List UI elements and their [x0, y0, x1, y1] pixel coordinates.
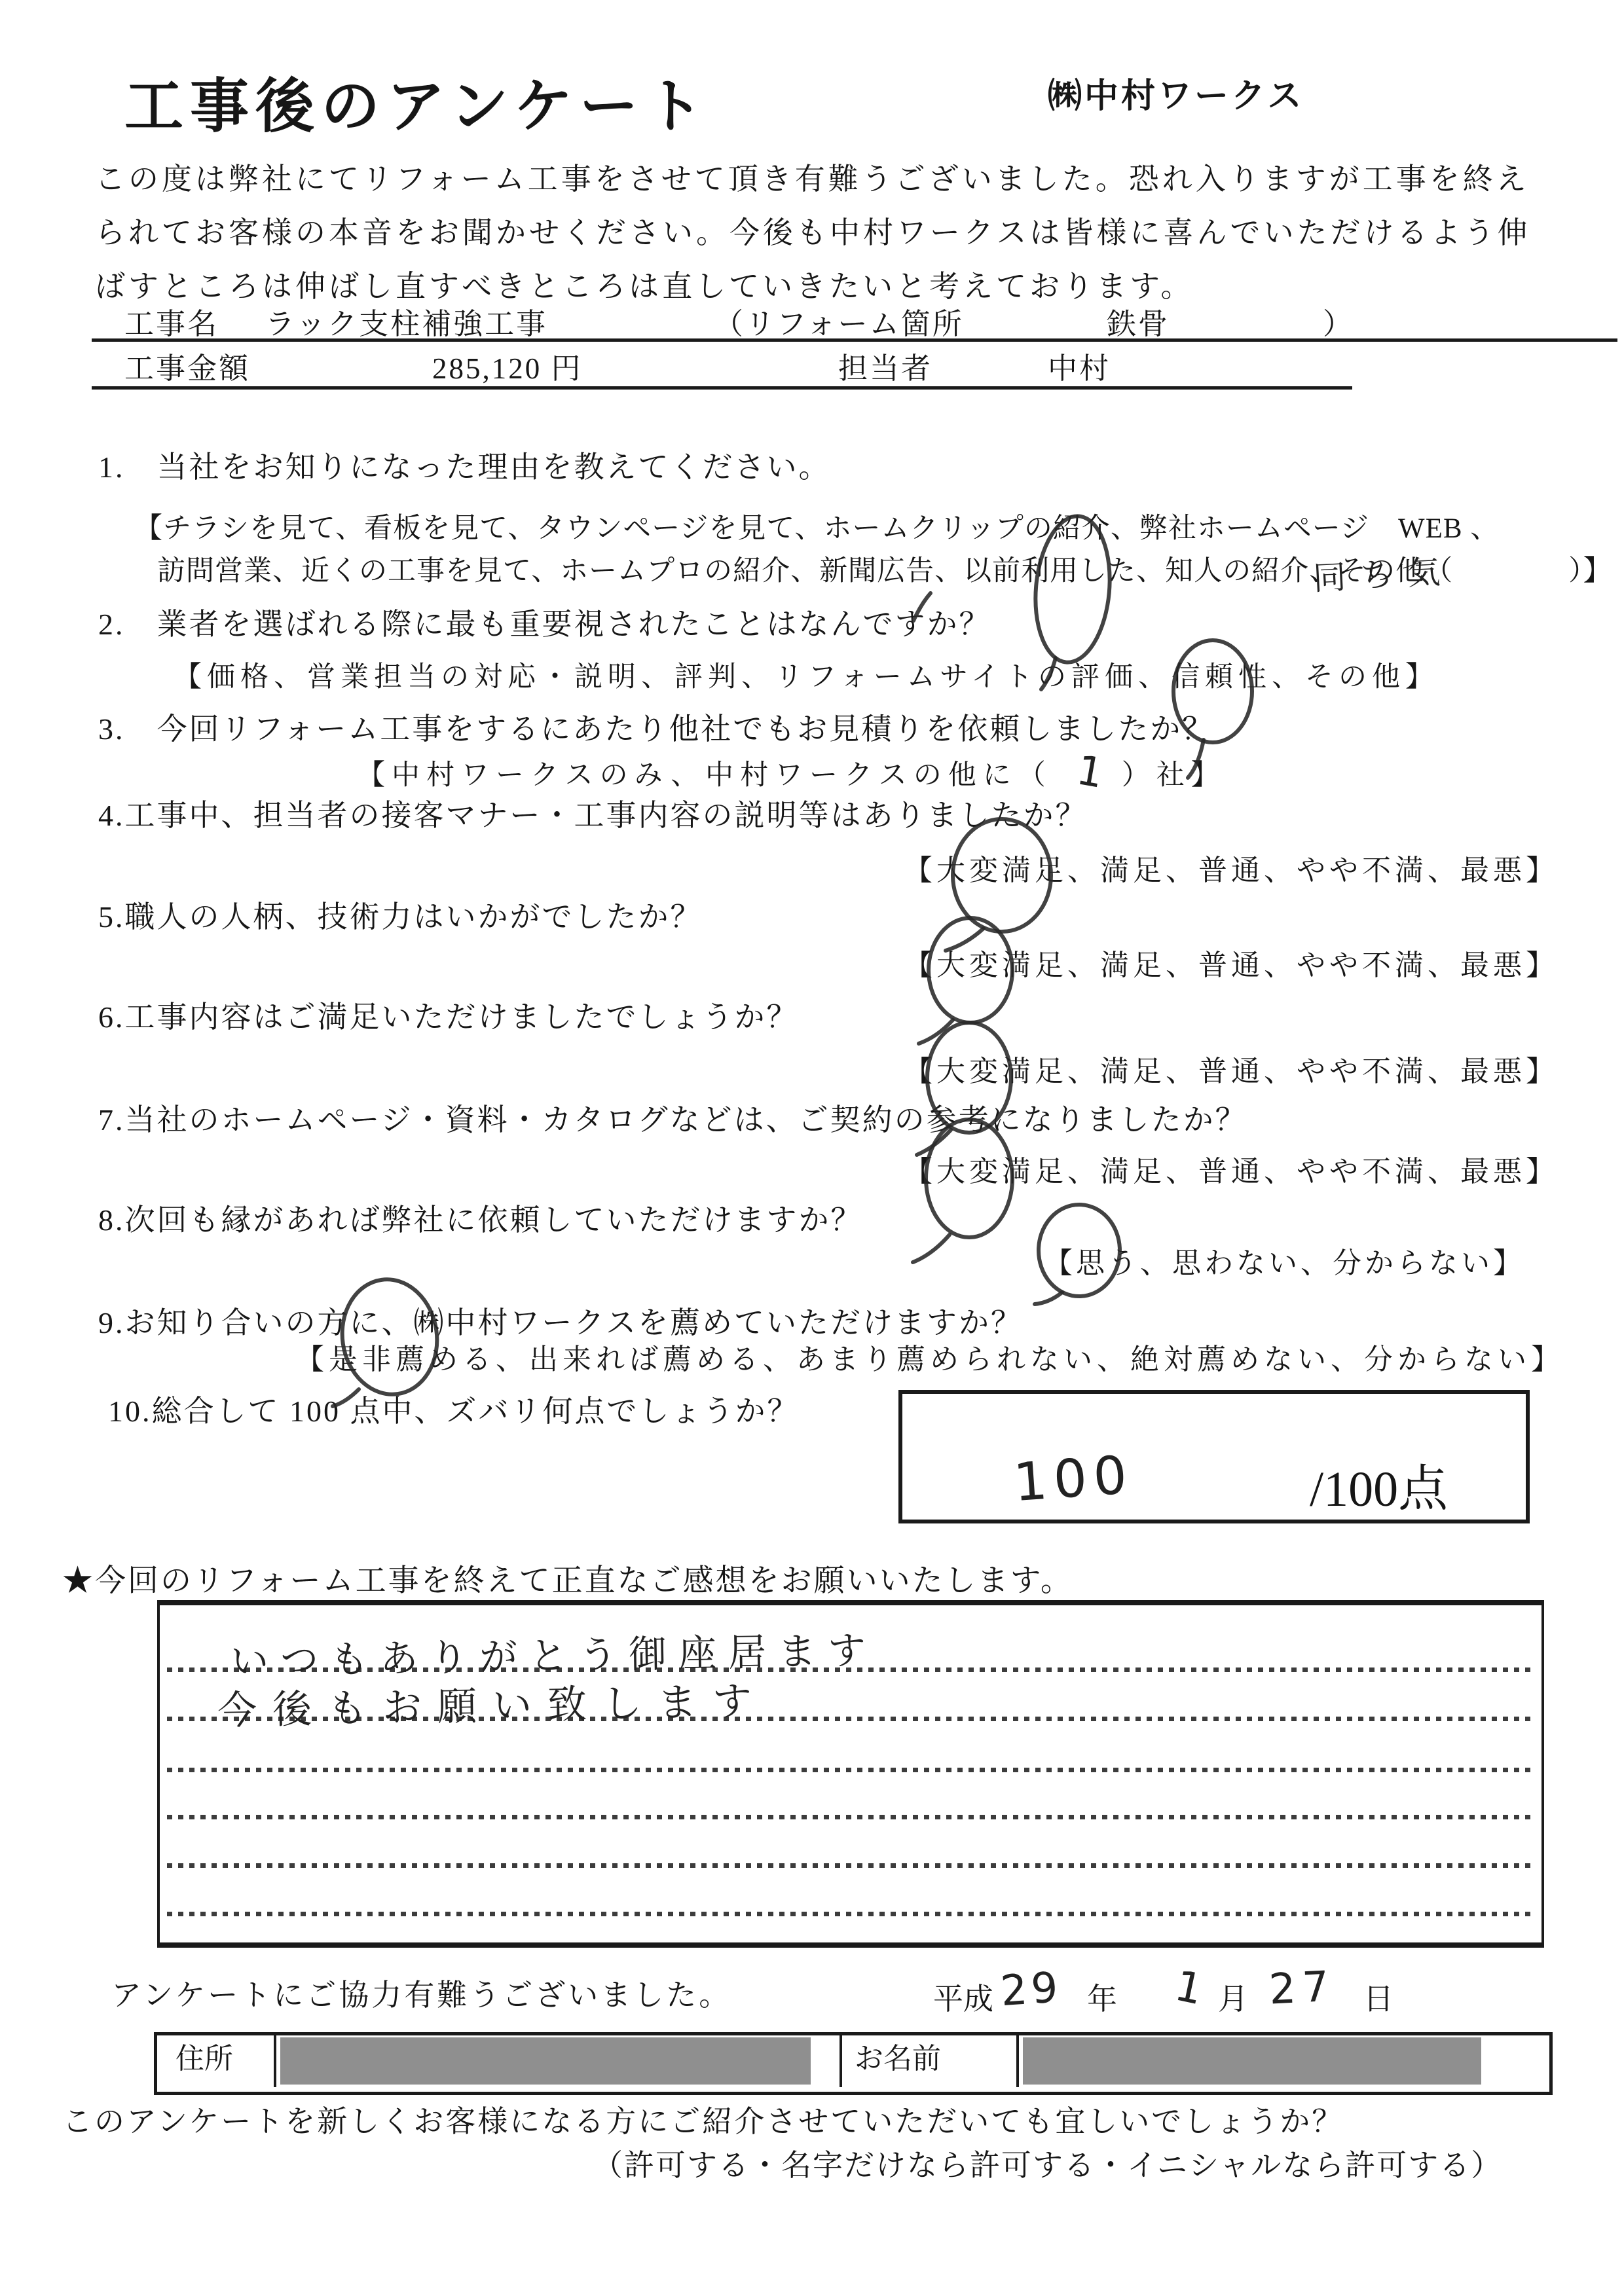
intro-line: ばすところは伸ばし直すべきところは直していきたいと考えております。 [95, 270, 1194, 304]
company-name: ㈱中村ワークス [1048, 77, 1304, 117]
question-8-options: 【思う、思わない、分からない】 [1044, 1247, 1525, 1281]
project-name-value: ラック支柱補強工事 [265, 308, 547, 342]
divider [92, 338, 1617, 342]
project-amount-value: 285,120 円 [432, 352, 583, 386]
question-1-options-line1: 【チラシを見て、看板を見て、タウンページを見て、ホームクリップの紹介、弊社ホーム… [134, 513, 1499, 545]
question-2-options: 【価格、営業担当の対応・説明、評判、リフォームサイトの評価、信頼性、その他】 [174, 661, 1439, 693]
question-7: 7.当社のホームページ・資料・カタログなどは、ご契約の参考になりましたか？ [98, 1103, 1247, 1138]
share-options: （許可する・名字だけなら許可する・イニシャルなら許可する） [593, 2149, 1502, 2183]
project-area-label: （リフォーム箇所 [714, 308, 964, 342]
table-divider [1016, 2033, 1019, 2087]
project-area-value: 鉄骨 [1107, 308, 1170, 342]
answer-circle-q5-tail [919, 1020, 953, 1044]
survey-page: 工事後のアンケート ㈱中村ワークス この度は弊社にてリフォーム工事をさせて頂き有… [0, 0, 1624, 2296]
table-divider [840, 2033, 842, 2087]
answer-circle-q7-tail [913, 1235, 950, 1262]
question-7-options: 【大変満足、満足、普通、やや不満、最悪】 [904, 1156, 1559, 1189]
handwritten-date-month: 1 [1171, 1962, 1207, 2015]
intro-line: られてお客様の本音をお聞かせください。今後も中村ワークスは皆様に喜んでいただける… [95, 216, 1531, 251]
share-question: このアンケートを新しくお客様になる方にご紹介させていただいても宜しいでしょうか？ [62, 2105, 1344, 2140]
pen-marks-overlay [0, 0, 1624, 2296]
handwritten-date-year: 29 [999, 1963, 1063, 2016]
date-era: 平成 [933, 1982, 993, 2017]
project-amount-label: 工事金額 [124, 352, 250, 386]
question-2: 2. 業者を選ばれる際に最も重要視されたことはなんですか？ [98, 608, 991, 642]
answer-circle-q4-tail [946, 928, 984, 951]
date-day-suffix: 日 [1363, 1982, 1393, 2017]
question-9-options: 【是非薦める、出来れば薦める、あまり薦められない、絶対薦めない、分からない】 [295, 1343, 1564, 1377]
question-5: 5.職人の人柄、技術力はいかがでしたか？ [98, 900, 703, 935]
handwritten-date-day: 27 [1268, 1962, 1337, 2014]
project-name-label: 工事名 [124, 308, 219, 342]
thanks-text: アンケートにご協力有難うございました。 [111, 1978, 731, 2013]
comment-writing-line [167, 1768, 1532, 1772]
comment-writing-line [167, 1815, 1532, 1819]
question-3: 3. 今回リフォーム工事をするにあたり他社でもお見積りを依頼しましたか？ [98, 712, 1214, 747]
table-divider [274, 2033, 276, 2087]
question-9: 9.お知り合いの方に、㈱中村ワークスを薦めていただけますか？ [98, 1306, 1023, 1341]
comment-writing-line [167, 1912, 1532, 1916]
question-4-options: 【大変満足、満足、普通、やや不満、最悪】 [904, 854, 1559, 888]
divider [92, 386, 1352, 390]
redacted-name-box [1023, 2037, 1481, 2085]
address-label: 住所 [175, 2043, 233, 2076]
question-4: 4.工事中、担当者の接客マナー・工事内容の説明等はありましたか？ [98, 799, 1088, 833]
date-month-suffix: 月 [1218, 1982, 1248, 2017]
handwritten-comment-line2: 今後もお願い致します [217, 1670, 767, 1736]
intro-line: この度は弊社にてリフォーム工事をさせて頂き有難うございました。恐れ入りますが工事… [95, 162, 1530, 197]
question-6: 6.工事内容はご満足いただけましたでしょうか？ [98, 1000, 799, 1035]
date-year-suffix: 年 [1087, 1982, 1117, 2017]
comment-prompt: ★今回のリフォーム工事を終えて正直なご感想をお願いいたします。 [62, 1563, 1073, 1599]
question-1: 1. 当社をお知りになった理由を教えてください。 [98, 450, 831, 485]
answer-circle-q8-tail [1035, 1292, 1062, 1304]
redacted-address-box [280, 2037, 811, 2085]
name-label: お名前 [855, 2043, 941, 2076]
project-manager-label: 担当者 [838, 352, 932, 386]
score-denominator: /100点 [1310, 1461, 1448, 1518]
handwritten-other-note: 同ち気 [1312, 545, 1455, 599]
question-8: 8.次回も縁があれば弊社に依頼していただけますか？ [98, 1203, 863, 1238]
question-10: 10.総合して 100 点中、ズバリ何点でしょうか？ [108, 1394, 800, 1429]
question-5-options: 【大変満足、満足、普通、やや不満、最悪】 [904, 949, 1559, 983]
project-manager-value: 中村 [1048, 352, 1111, 386]
comment-writing-line [167, 1863, 1532, 1868]
handwritten-score-value: 100 [1012, 1444, 1135, 1514]
page-title: 工事後のアンケート [124, 73, 710, 141]
question-6-options: 【大変満足、満足、普通、やや不満、最悪】 [904, 1055, 1559, 1089]
project-area-close: ） [1323, 308, 1354, 342]
